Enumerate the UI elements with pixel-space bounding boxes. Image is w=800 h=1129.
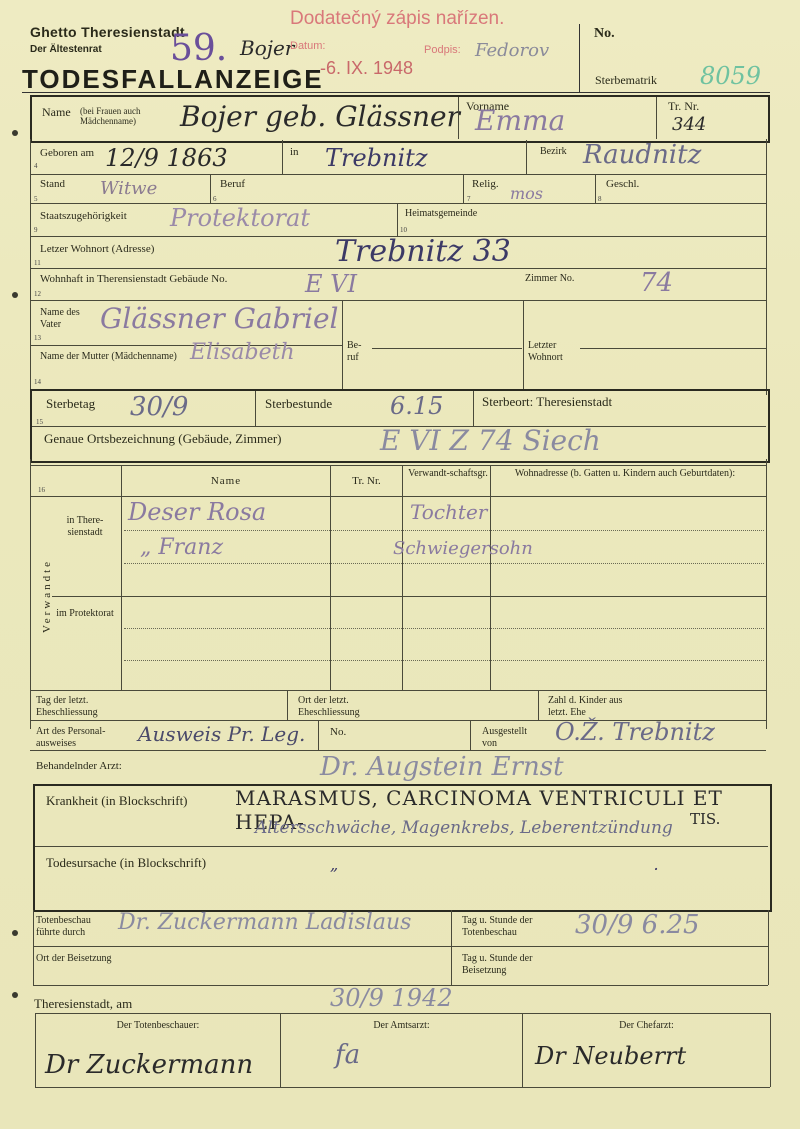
- right-border: [770, 1013, 771, 1087]
- row-rule: [35, 846, 768, 847]
- krankheit-label: Krankheit (in Blockschrift): [46, 793, 188, 809]
- ausweis-value: Ausweis Pr. Leg.: [138, 722, 305, 746]
- stamp-datum-value: -6. IX. 1948: [320, 58, 413, 79]
- geboren-label: Geboren am: [40, 147, 94, 160]
- beruf-line: [372, 348, 522, 349]
- divider: [473, 391, 474, 426]
- stamp-signature: Fedorov: [475, 40, 549, 61]
- org-name: Ghetto Theresienstadt: [30, 24, 185, 40]
- im-protektorat-label: im Protektorat: [55, 608, 115, 620]
- row-rule: [30, 496, 766, 497]
- ausgestellt-label: Ausgestellt von: [482, 726, 532, 749]
- sig-totenbeschauer-label: Der Totenbeschauer:: [36, 1020, 280, 1032]
- vater-value: Glässner Gabriel: [100, 302, 339, 335]
- sterbematrik-value: 8059: [700, 62, 761, 90]
- relative-relation: Schwiegersohn: [393, 538, 533, 559]
- wohnort-label: Letzer Wohnort (Adresse): [40, 243, 154, 256]
- row-rule: [30, 174, 766, 175]
- verwandte-side: Verwandte: [40, 490, 48, 640]
- dotted-line: [124, 660, 764, 661]
- left-border: [33, 910, 34, 985]
- wohnort-value: Trebnitz 33: [335, 234, 511, 269]
- dotted-line: [124, 628, 764, 629]
- sterbematrik-label: Sterbematrik: [595, 73, 657, 88]
- relative-name: „ Franz: [140, 535, 223, 560]
- sterbetag-label: Sterbetag: [46, 396, 95, 412]
- row-rule: [52, 596, 766, 597]
- row-num: 9: [34, 226, 38, 234]
- sterbetag-value: 30/9: [130, 392, 188, 422]
- stand-value: Witwe: [100, 178, 157, 199]
- geboren-value: 12/9 1863: [105, 144, 228, 172]
- mutter-value: Elisabeth: [190, 340, 295, 365]
- row-rule: [30, 300, 766, 301]
- row-rule: [35, 1013, 770, 1014]
- ehe-tag-label: Tag der letzt. Eheschliessung: [36, 695, 136, 718]
- bezirk-value: Raudnitz: [583, 140, 701, 170]
- wohnhaft-label: Wohnhaft in Therensienstadt Gebäude No.: [40, 273, 227, 286]
- right-border: [766, 139, 767, 395]
- relative-relation: Tochter: [410, 500, 487, 524]
- wohnort-line: [580, 348, 766, 349]
- date-value: 30/9 1942: [330, 984, 453, 1012]
- name-value: Bojer geb. Glässner: [180, 100, 460, 133]
- handwritten-name: Bojer: [240, 36, 294, 60]
- org-subtitle: Der Ältestenrat: [30, 44, 102, 55]
- relative-name: Deser Rosa: [128, 498, 266, 526]
- tag-stunde-value: 30/9 6.25: [575, 910, 700, 940]
- divider: [451, 910, 452, 985]
- handwritten-number: 59.: [170, 28, 227, 69]
- bezirk-label: Bezirk: [540, 146, 567, 158]
- left-border: [30, 139, 31, 395]
- row-rule: [35, 1087, 770, 1088]
- staats-label: Staatszugehörigkeit: [40, 210, 127, 223]
- beisetzung-tag-label: Tag u. Stunde der Beisetzung: [462, 953, 572, 976]
- totenbeschau-value: Dr. Zuckermann Ladislaus: [118, 910, 411, 935]
- sig-chefarzt-label: Der Chefarzt:: [523, 1020, 770, 1032]
- row-num: 14: [34, 378, 41, 386]
- arzt-value: Dr. Augstein Ernst: [320, 752, 564, 782]
- divider: [526, 140, 527, 174]
- name-label-note: (bei Frauen auch Mädchenname): [42, 106, 167, 127]
- parents-beruf-label: Be-ruf: [347, 340, 369, 363]
- ausweis-label: Art des Personal-ausweises: [36, 726, 136, 749]
- col-header-trnr: Tr. Nr.: [331, 475, 402, 488]
- letzter-wohnort-label: Letzter Wohnort: [528, 340, 578, 363]
- signature-chefarzt: Dr Neuberrt: [535, 1042, 686, 1070]
- sig-amtsarzt-label: Der Amtsarzt:: [281, 1020, 522, 1032]
- left-border: [30, 459, 31, 729]
- ortsbezeichnung-value: E VI Z 74 Siech: [380, 424, 601, 457]
- row-num: 8: [598, 195, 602, 203]
- signature-amtsarzt: fa: [335, 1040, 360, 1070]
- ausweis-no-label: No.: [330, 726, 346, 739]
- signature-totenbeschauer: Dr Zuckermann: [45, 1050, 253, 1080]
- vorname-value: Emma: [475, 104, 565, 137]
- stamp-podpis-label: Podpis:: [424, 44, 461, 56]
- stamp-title: Dodatečný zápis nařízen.: [290, 8, 504, 30]
- in-theresienstadt-label: in There-sienstadt: [55, 515, 115, 538]
- divider: [318, 720, 319, 750]
- place-label: Theresienstadt, am: [34, 996, 132, 1012]
- divider: [463, 175, 464, 203]
- divider: [595, 175, 596, 203]
- row-num: 15: [36, 418, 43, 426]
- row-rule: [30, 345, 342, 346]
- zimmer-value: 74: [640, 268, 673, 298]
- header-rule: [22, 92, 770, 93]
- stand-label: Stand: [40, 178, 65, 191]
- beruf-label: Beruf: [220, 178, 245, 191]
- divider: [210, 175, 211, 203]
- sterbestunde-label: Sterbestunde: [265, 396, 332, 412]
- heimat-label: Heimatsgemeinde: [405, 208, 477, 220]
- punch-hole: [12, 292, 18, 298]
- sterbestunde-value: 6.15: [390, 392, 443, 420]
- row-num: 13: [34, 334, 41, 342]
- divider: [458, 97, 459, 139]
- todesursache-label: Todesursache (in Blockschrift): [46, 855, 206, 871]
- col-header-name: Name: [122, 475, 330, 488]
- stamp-datum-label: Datum:: [290, 40, 325, 52]
- header-divider: [579, 24, 580, 92]
- todesursache-value: „ . „: [330, 855, 800, 874]
- ehe-ort-label: Ort der letzt. Eheschliessung: [298, 695, 398, 718]
- relig-value: mos: [510, 184, 543, 203]
- no-label: No.: [594, 26, 615, 42]
- arzt-label: Behandelnder Arzt:: [36, 760, 122, 773]
- mutter-label: Name der Mutter (Mädchenname): [40, 351, 180, 363]
- divider: [287, 690, 288, 720]
- divider: [538, 690, 539, 720]
- ausgestellt-value: O.Ž. Trebnitz: [555, 718, 715, 746]
- vater-label: Name des Vater: [40, 307, 100, 330]
- trnr-value: 344: [672, 114, 706, 135]
- krankheit-value-cont: TIS.: [690, 810, 720, 828]
- col-header-wohnadresse: Wohnadresse (b. Gatten u. Kindern auch G…: [500, 468, 750, 480]
- row-num: 4: [34, 162, 38, 170]
- divider: [397, 204, 398, 236]
- kinder-label: Zahl d. Kinder aus letzt. Ehe: [548, 695, 638, 718]
- beisetzung-ort-label: Ort der Beisetzung: [36, 953, 116, 965]
- krankheit-value-german: Altersschwäche, Magenkrebs, Leberentzünd…: [255, 818, 673, 838]
- staats-value: Protektorat: [170, 204, 310, 232]
- relig-label: Relig.: [472, 178, 499, 191]
- divider: [282, 140, 283, 174]
- punch-hole: [12, 130, 18, 136]
- row-rule: [33, 946, 768, 947]
- totenbeschau-label: Totenbeschau führte durch: [36, 915, 116, 938]
- sterbeort-label: Sterbeort: Theresienstadt: [482, 394, 612, 410]
- row-num: 10: [400, 226, 407, 234]
- row-rule: [30, 465, 766, 466]
- row-rule: [30, 203, 766, 204]
- death-notice-document: Ghetto Theresienstadt Der Ältestenrat TO…: [0, 0, 800, 1129]
- divider: [656, 97, 657, 139]
- divider: [523, 301, 524, 389]
- ortsbezeichnung-label: Genaue Ortsbezeichnung (Gebäude, Zimmer): [44, 431, 282, 447]
- in-value: Trebnitz: [325, 144, 427, 172]
- geschl-label: Geschl.: [606, 178, 639, 191]
- row-num: 11: [34, 259, 41, 267]
- row-num: 6: [213, 195, 217, 203]
- in-label: in: [290, 146, 299, 159]
- col-divider: [490, 465, 491, 690]
- row-rule: [30, 690, 766, 691]
- divider: [470, 720, 471, 750]
- divider: [342, 301, 343, 389]
- right-border: [766, 459, 767, 729]
- punch-hole: [12, 930, 18, 936]
- col-divider: [330, 465, 331, 690]
- dotted-line: [124, 563, 764, 564]
- col-header-verwandt: Verwandt-schaftsgr.: [406, 468, 490, 480]
- col-divider: [402, 465, 403, 690]
- row-num: 5: [34, 195, 38, 203]
- divider: [255, 391, 256, 426]
- dotted-line: [124, 530, 764, 531]
- punch-hole: [12, 992, 18, 998]
- col-divider: [121, 465, 122, 690]
- row-num: 7: [467, 195, 471, 203]
- right-border: [768, 910, 769, 985]
- tag-stunde-label: Tag u. Stunde der Totenbeschau: [462, 915, 572, 938]
- row-num: 12: [34, 290, 41, 298]
- row-rule: [30, 750, 766, 751]
- wohnhaft-value: E VI: [305, 270, 357, 298]
- zimmer-label: Zimmer No.: [525, 273, 574, 285]
- trnr-label: Tr. Nr.: [668, 100, 699, 114]
